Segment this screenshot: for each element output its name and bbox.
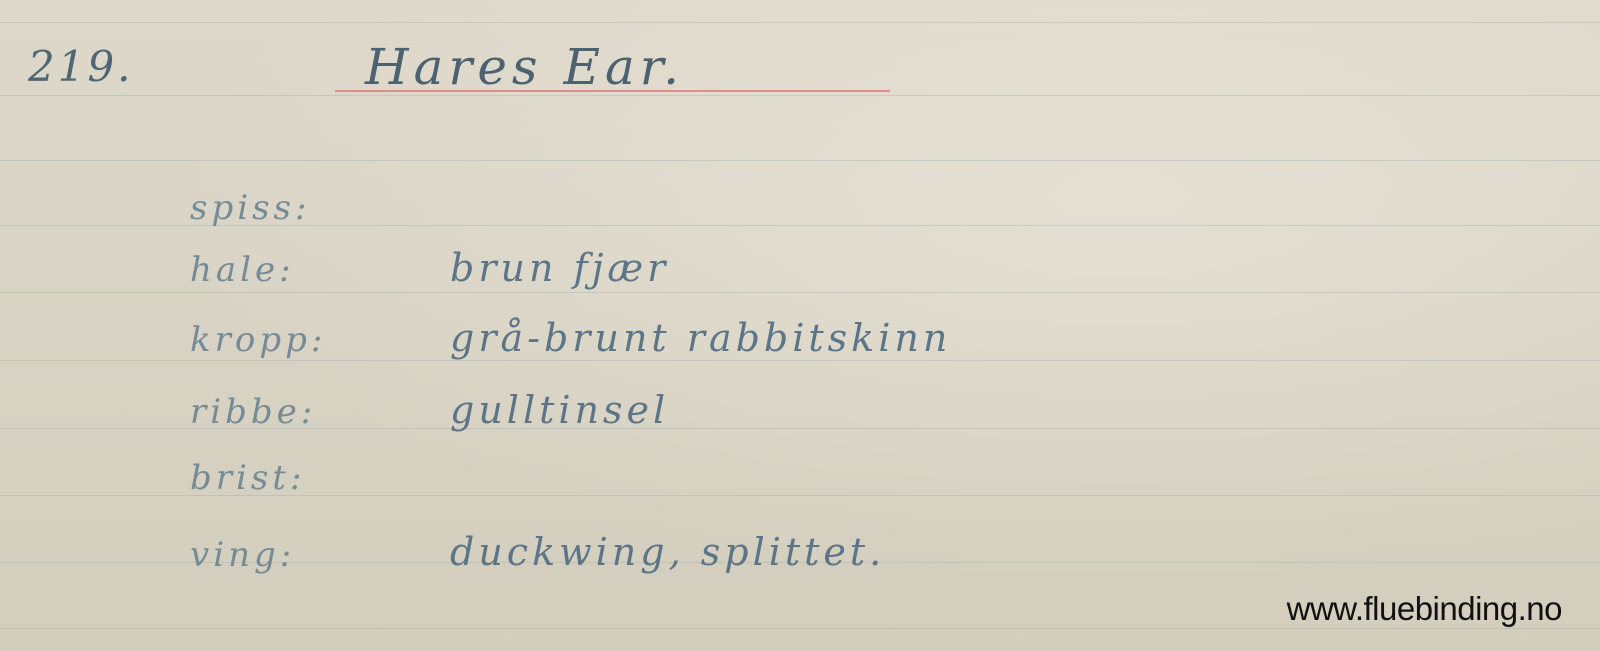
- label-ribbe: ribbe:: [190, 392, 316, 432]
- label-spiss: spiss:: [190, 188, 310, 228]
- value-ribbe: gulltinsel: [450, 388, 669, 432]
- ruled-line: [0, 160, 1600, 161]
- ruled-line: [0, 360, 1600, 361]
- value-ving: duckwing, splittet.: [450, 530, 885, 574]
- ruled-line: [0, 292, 1600, 293]
- label-brist: brist:: [190, 458, 305, 498]
- label-hale: hale:: [190, 250, 295, 290]
- ruled-line: [0, 22, 1600, 23]
- label-kropp: kropp:: [190, 320, 326, 360]
- notebook-page: 219. Hares Ear. spiss: hale: brun fjær k…: [0, 0, 1600, 651]
- watermark: www.fluebinding.no: [1287, 590, 1562, 628]
- title-underline: [335, 90, 890, 92]
- entry-number: 219.: [28, 42, 134, 91]
- value-kropp: grå-brunt rabbitskinn: [450, 316, 951, 360]
- ruled-line: [0, 95, 1600, 96]
- ruled-line: [0, 628, 1600, 629]
- fly-title: Hares Ear.: [365, 38, 684, 96]
- value-hale: brun fjær: [450, 246, 669, 290]
- label-ving: ving:: [190, 535, 295, 575]
